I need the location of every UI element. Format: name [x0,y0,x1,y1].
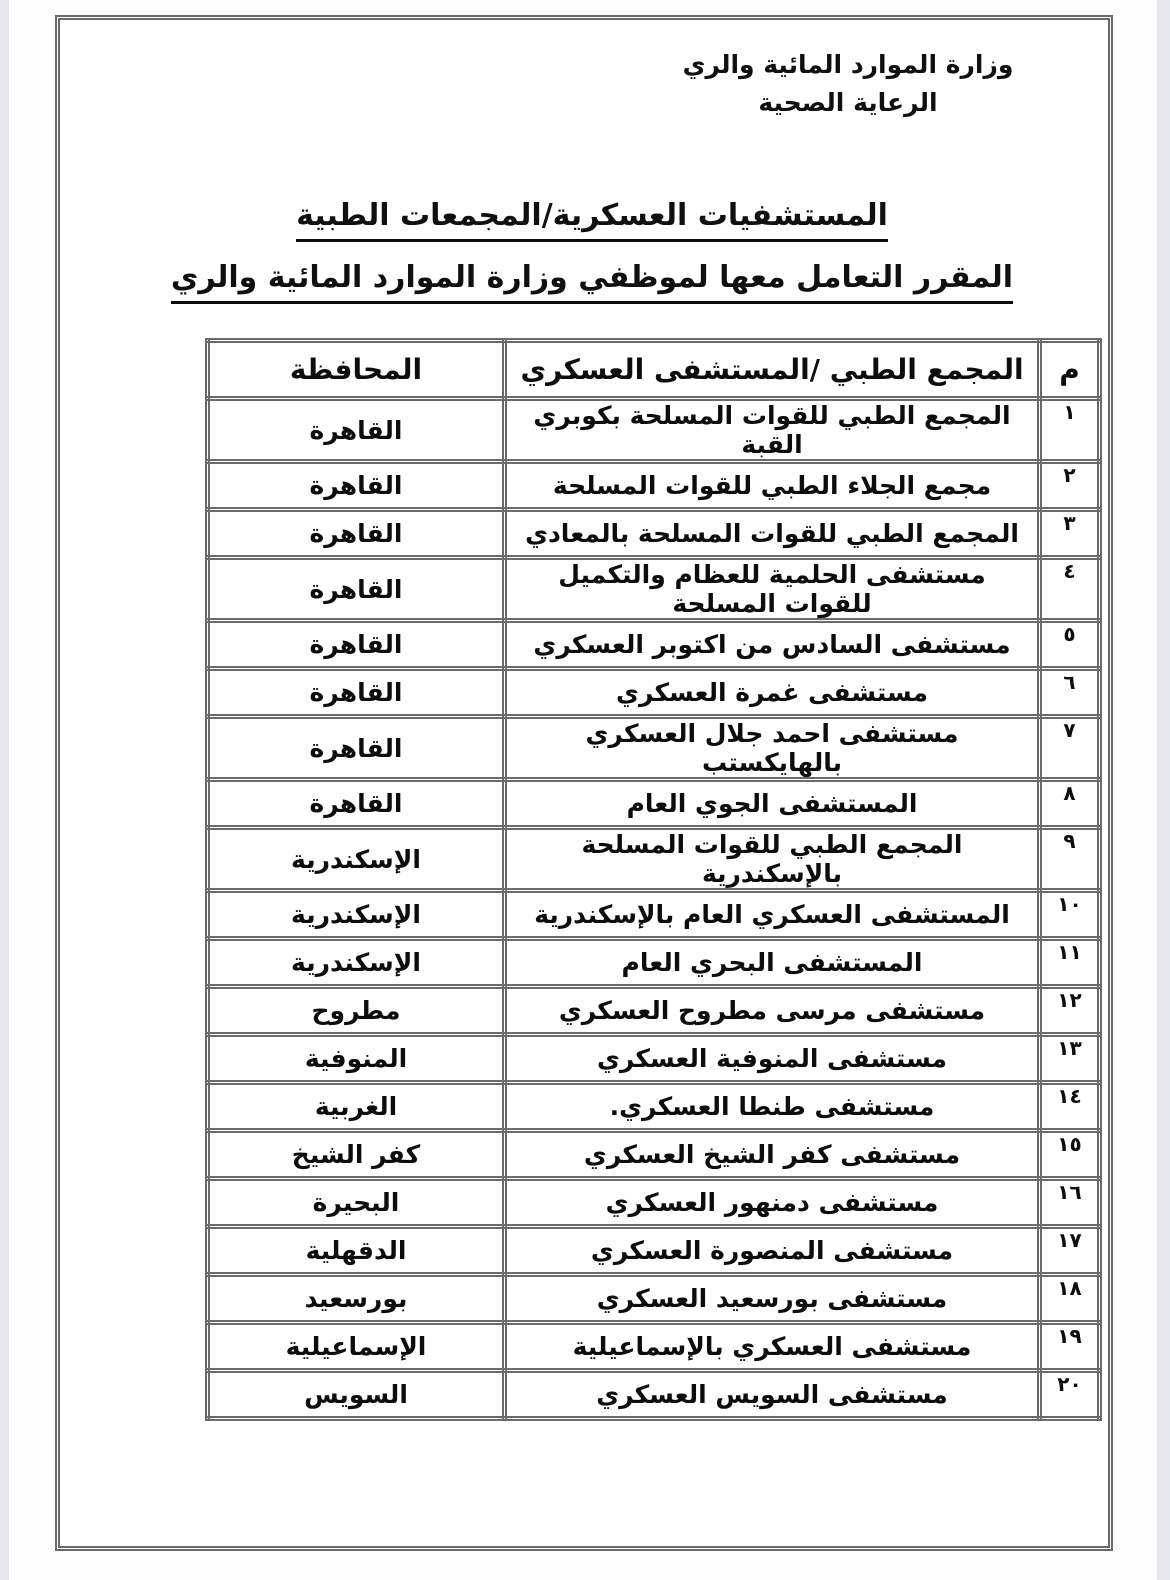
scanned-document-page: وزارة الموارد المائية والري الرعاية الصح… [0,0,1170,1580]
table-row: ١٧مستشفى المنصورة العسكريالدقهلية [208,1227,1100,1275]
hospital-cell: مستشفى كفر الشيخ العسكري [505,1131,1040,1179]
table-row: ١٨مستشفى بورسعيد العسكريبورسعيد [208,1275,1100,1323]
governorate-cell: القاهرة [208,717,505,780]
row-number-cell: ٣ [1040,510,1100,558]
row-number-cell: ١٦ [1040,1179,1100,1227]
hospital-cell: مستشفى المنصورة العسكري [505,1227,1040,1275]
hospitals-table: م المجمع الطبي /المستشفى العسكري المحافظ… [205,338,1102,1421]
table-row: ٦مستشفى غمرة العسكريالقاهرة [208,669,1100,717]
scan-edge-right [1157,0,1170,1580]
governorate-cell: القاهرة [208,462,505,510]
row-number-cell: ١٥ [1040,1131,1100,1179]
governorate-cell: الإسماعيلية [208,1323,505,1371]
governorate-cell: القاهرة [208,510,505,558]
title-line-1: المستشفيات العسكرية/المجمعات الطبية [116,198,1068,242]
hospital-cell: المستشفى العسكري العام بالإسكندرية [505,891,1040,939]
table-row: ١٠المستشفى العسكري العام بالإسكندريةالإس… [208,891,1100,939]
hospital-cell: مستشفى دمنهور العسكري [505,1179,1040,1227]
hospital-cell: مستشفى العسكري بالإسماعيلية [505,1323,1040,1371]
row-number-cell: ١١ [1040,939,1100,987]
hospital-cell: مستشفى غمرة العسكري [505,669,1040,717]
table-row: ٢٠مستشفى السويس العسكريالسويس [208,1371,1100,1419]
governorate-cell: القاهرة [208,669,505,717]
governorate-cell: بورسعيد [208,1275,505,1323]
row-number-cell: ١٩ [1040,1323,1100,1371]
hospital-cell: مستشفى مرسى مطروح العسكري [505,987,1040,1035]
row-number-cell: ٧ [1040,717,1100,780]
row-number-cell: ١٠ [1040,891,1100,939]
hospital-cell: مجمع الجلاء الطبي للقوات المسلحة [505,462,1040,510]
hospital-cell: المجمع الطبي للقوات المسلحة بالمعادي [505,510,1040,558]
governorate-cell: مطروح [208,987,505,1035]
hospital-cell: المستشفى الجوي العام [505,780,1040,828]
row-number-cell: ١ [1040,399,1100,462]
hospital-cell: مستشفى طنطا العسكري. [505,1083,1040,1131]
governorate-cell: الإسكندرية [208,939,505,987]
row-number-cell: ١٣ [1040,1035,1100,1083]
hospital-cell: مستشفى بورسعيد العسكري [505,1275,1040,1323]
table-header-row: م المجمع الطبي /المستشفى العسكري المحافظ… [208,341,1100,399]
table-row: ٣المجمع الطبي للقوات المسلحة بالمعاديالق… [208,510,1100,558]
row-number-cell: ١٧ [1040,1227,1100,1275]
hospital-cell: مستشفى احمد جلال العسكري بالهايكستب [505,717,1040,780]
row-number-cell: ٥ [1040,621,1100,669]
governorate-cell: القاهرة [208,780,505,828]
page-frame: وزارة الموارد المائية والري الرعاية الصح… [55,15,1113,1551]
header-number: م [1040,341,1100,399]
scan-edge-left [0,0,9,1580]
header-governorate: المحافظة [208,341,505,399]
hospital-cell: المجمع الطبي للقوات المسلحة بالإسكندرية [505,828,1040,891]
row-number-cell: ١٨ [1040,1275,1100,1323]
row-number-cell: ٨ [1040,780,1100,828]
document-title: المستشفيات العسكرية/المجمعات الطبية المق… [116,198,1068,322]
row-number-cell: ٢٠ [1040,1371,1100,1419]
table-row: ١٤مستشفى طنطا العسكري.الغربية [208,1083,1100,1131]
table-row: ٢مجمع الجلاء الطبي للقوات المسلحةالقاهرة [208,462,1100,510]
table-row: ١٥مستشفى كفر الشيخ العسكريكفر الشيخ [208,1131,1100,1179]
governorate-cell: المنوفية [208,1035,505,1083]
row-number-cell: ١٤ [1040,1083,1100,1131]
table-row: ١٢مستشفى مرسى مطروح العسكريمطروح [208,987,1100,1035]
governorate-cell: السويس [208,1371,505,1419]
table-row: ١١المستشفى البحري العامالإسكندرية [208,939,1100,987]
governorate-cell: القاهرة [208,621,505,669]
governorate-cell: الإسكندرية [208,891,505,939]
row-number-cell: ٢ [1040,462,1100,510]
row-number-cell: ١٢ [1040,987,1100,1035]
row-number-cell: ٤ [1040,558,1100,621]
table-row: ١٦مستشفى دمنهور العسكريالبحيرة [208,1179,1100,1227]
governorate-cell: البحيرة [208,1179,505,1227]
hospital-cell: مستشفى الحلمية للعظام والتكميل للقوات ال… [505,558,1040,621]
title-line-2: المقرر التعامل معها لموظفي وزارة الموارد… [116,260,1068,304]
ministry-name: وزارة الموارد المائية والري [638,46,1058,84]
table-row: ٥مستشفى السادس من اكتوبر العسكريالقاهرة [208,621,1100,669]
hospital-cell: المستشفى البحري العام [505,939,1040,987]
table-row: ١٩مستشفى العسكري بالإسماعيليةالإسماعيلية [208,1323,1100,1371]
table-row: ١٣مستشفى المنوفية العسكريالمنوفية [208,1035,1100,1083]
table-row: ٨المستشفى الجوي العامالقاهرة [208,780,1100,828]
department-name: الرعاية الصحية [638,84,1058,122]
table-row: ٤مستشفى الحلمية للعظام والتكميل للقوات ا… [208,558,1100,621]
table-row: ١المجمع الطبي للقوات المسلحة بكوبري القب… [208,399,1100,462]
hospital-cell: المجمع الطبي للقوات المسلحة بكوبري القبة [505,399,1040,462]
row-number-cell: ٦ [1040,669,1100,717]
governorate-cell: القاهرة [208,399,505,462]
governorate-cell: الدقهلية [208,1227,505,1275]
header-hospital: المجمع الطبي /المستشفى العسكري [505,341,1040,399]
hospital-cell: مستشفى السويس العسكري [505,1371,1040,1419]
governorate-cell: القاهرة [208,558,505,621]
ministry-header: وزارة الموارد المائية والري الرعاية الصح… [638,46,1058,121]
governorate-cell: الإسكندرية [208,828,505,891]
table-row: ٩المجمع الطبي للقوات المسلحة بالإسكندرية… [208,828,1100,891]
row-number-cell: ٩ [1040,828,1100,891]
governorate-cell: كفر الشيخ [208,1131,505,1179]
table-row: ٧مستشفى احمد جلال العسكري بالهايكستبالقا… [208,717,1100,780]
hospital-cell: مستشفى المنوفية العسكري [505,1035,1040,1083]
governorate-cell: الغربية [208,1083,505,1131]
hospital-cell: مستشفى السادس من اكتوبر العسكري [505,621,1040,669]
